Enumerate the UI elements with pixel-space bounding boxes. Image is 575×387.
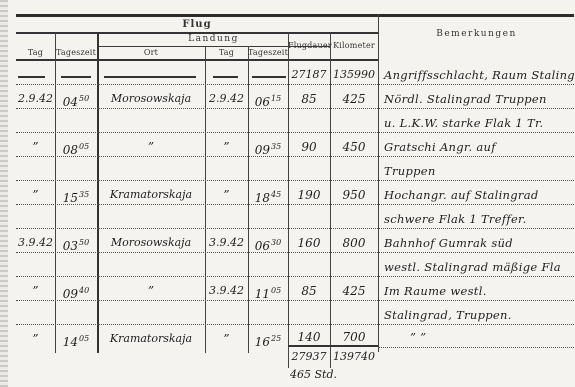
row2-ort: ” xyxy=(97,140,205,154)
row6-start-tag: ” xyxy=(16,332,55,346)
header-kilometer: Kilometer xyxy=(330,41,378,50)
row4-start-tag: 3.9.42 xyxy=(16,236,55,250)
carry-dash-ort xyxy=(104,76,196,78)
row2-remark-2: Truppen xyxy=(384,164,436,178)
sum-rule xyxy=(288,345,378,347)
row-rule xyxy=(16,156,574,157)
logbook-page: Flug Landung Tag Tageszeit Ort Tag Tages… xyxy=(0,0,575,387)
carry-dash-zeit xyxy=(61,76,91,78)
carry-dash-lzeit xyxy=(252,76,286,78)
row2-start-zeit: 0805 xyxy=(55,140,97,157)
row5-kilometer: 425 xyxy=(330,284,378,298)
row1-start-tag: 2.9.42 xyxy=(16,92,55,106)
total-flugdauer: 27937 xyxy=(288,350,330,364)
row6-ort: Kramatorskaja xyxy=(97,332,205,346)
row1-remark-2: u. L.K.W. starke Flak 1 Tr. xyxy=(384,116,543,130)
row2-flugdauer: 90 xyxy=(288,140,330,154)
header-landung-tag: Tag xyxy=(205,48,248,57)
header-flug: Flug xyxy=(16,19,378,30)
header-bemerkungen: Bemerkungen xyxy=(378,29,575,39)
row5-flugdauer: 85 xyxy=(288,284,330,298)
row-rule xyxy=(378,347,574,348)
row5-landung-tag: 3.9.42 xyxy=(205,284,248,298)
row3-remark-1: Hochangr. auf Stalingrad xyxy=(384,188,539,202)
row6-flugdauer: 140 xyxy=(288,330,330,344)
row4-kilometer: 800 xyxy=(330,236,378,250)
row1-remark-1: Nördl. Stalingrad Truppen xyxy=(384,92,547,106)
row-rule xyxy=(16,204,574,205)
row-rule xyxy=(16,276,574,277)
carry-flugdauer: 27187 xyxy=(288,68,330,82)
row-rule xyxy=(16,324,574,325)
row3-ort: Kramatorskaja xyxy=(97,188,205,202)
row-rule xyxy=(16,252,574,253)
row3-start-tag: ” xyxy=(16,188,55,202)
total-hours-note: 465 Std. xyxy=(290,368,337,382)
row-rule xyxy=(16,300,574,301)
row6-landung-tag: ” xyxy=(205,332,248,346)
row1-flugdauer: 85 xyxy=(288,92,330,106)
carry-kilometer: 135990 xyxy=(330,68,378,82)
header-flugdauer: Flugdauer xyxy=(288,41,330,50)
header-bottom-rule xyxy=(16,59,378,61)
carry-dash-tag xyxy=(18,76,45,78)
row4-start-zeit: 0350 xyxy=(55,236,97,253)
header-ort: Ort xyxy=(97,48,205,57)
carry-remark: Angriffsschlacht, Raum Stalingrad xyxy=(384,68,575,82)
row2-kilometer: 450 xyxy=(330,140,378,154)
row5-ort: ” xyxy=(97,284,205,298)
row6-kilometer: 700 xyxy=(330,330,378,344)
row4-landung-zeit: 0630 xyxy=(248,236,288,253)
row3-remark-2: schwere Flak 1 Treffer. xyxy=(384,212,527,226)
header-landung-tageszeit: Tageszeit xyxy=(248,48,288,57)
carry-dash-ltag xyxy=(213,76,238,78)
row-rule xyxy=(16,180,574,181)
row6-remark-1: ” ” xyxy=(410,330,426,344)
row-rule xyxy=(16,228,574,229)
row1-start-zeit: 0450 xyxy=(55,92,97,109)
row1-ort: Morosowskaja xyxy=(97,92,205,106)
row-rule xyxy=(16,132,574,133)
row3-landung-tag: ” xyxy=(205,188,248,202)
row2-start-tag: ” xyxy=(16,140,55,154)
top-rule xyxy=(16,14,574,17)
row-rule xyxy=(16,84,574,85)
row5-start-zeit: 0940 xyxy=(55,284,97,301)
row2-landung-tag: ” xyxy=(205,140,248,154)
row5-remark-2: Stalingrad, Truppen. xyxy=(384,308,512,322)
row4-remark-1: Bahnhof Gumrak süd xyxy=(384,236,513,250)
row1-landung-tag: 2.9.42 xyxy=(205,92,248,106)
row-rule xyxy=(16,108,574,109)
row6-landung-zeit: 1625 xyxy=(248,332,288,349)
row3-start-zeit: 1535 xyxy=(55,188,97,205)
row2-landung-zeit: 0935 xyxy=(248,140,288,157)
row4-flugdauer: 160 xyxy=(288,236,330,250)
col-line-bemerkungen xyxy=(378,14,379,352)
row4-landung-tag: 3.9.42 xyxy=(205,236,248,250)
row6-start-zeit: 1405 xyxy=(55,332,97,349)
row1-kilometer: 425 xyxy=(330,92,378,106)
row4-remark-2: westl. Stalingrad mäßige Fla xyxy=(384,260,561,274)
total-kilometer: 139740 xyxy=(330,350,378,364)
row5-landung-zeit: 1105 xyxy=(248,284,288,301)
row1-landung-zeit: 0615 xyxy=(248,92,288,109)
row3-flugdauer: 190 xyxy=(288,188,330,202)
row5-start-tag: ” xyxy=(16,284,55,298)
row2-remark-1: Gratschi Angr. auf xyxy=(384,140,496,154)
row4-ort: Morosowskaja xyxy=(97,236,205,250)
row3-kilometer: 950 xyxy=(330,188,378,202)
binding-edge xyxy=(0,0,8,387)
header-start-tageszeit: Tageszeit xyxy=(55,48,97,57)
header-start-tag: Tag xyxy=(16,48,55,57)
row3-landung-zeit: 1845 xyxy=(248,188,288,205)
row5-remark-1: Im Raume westl. xyxy=(384,284,487,298)
